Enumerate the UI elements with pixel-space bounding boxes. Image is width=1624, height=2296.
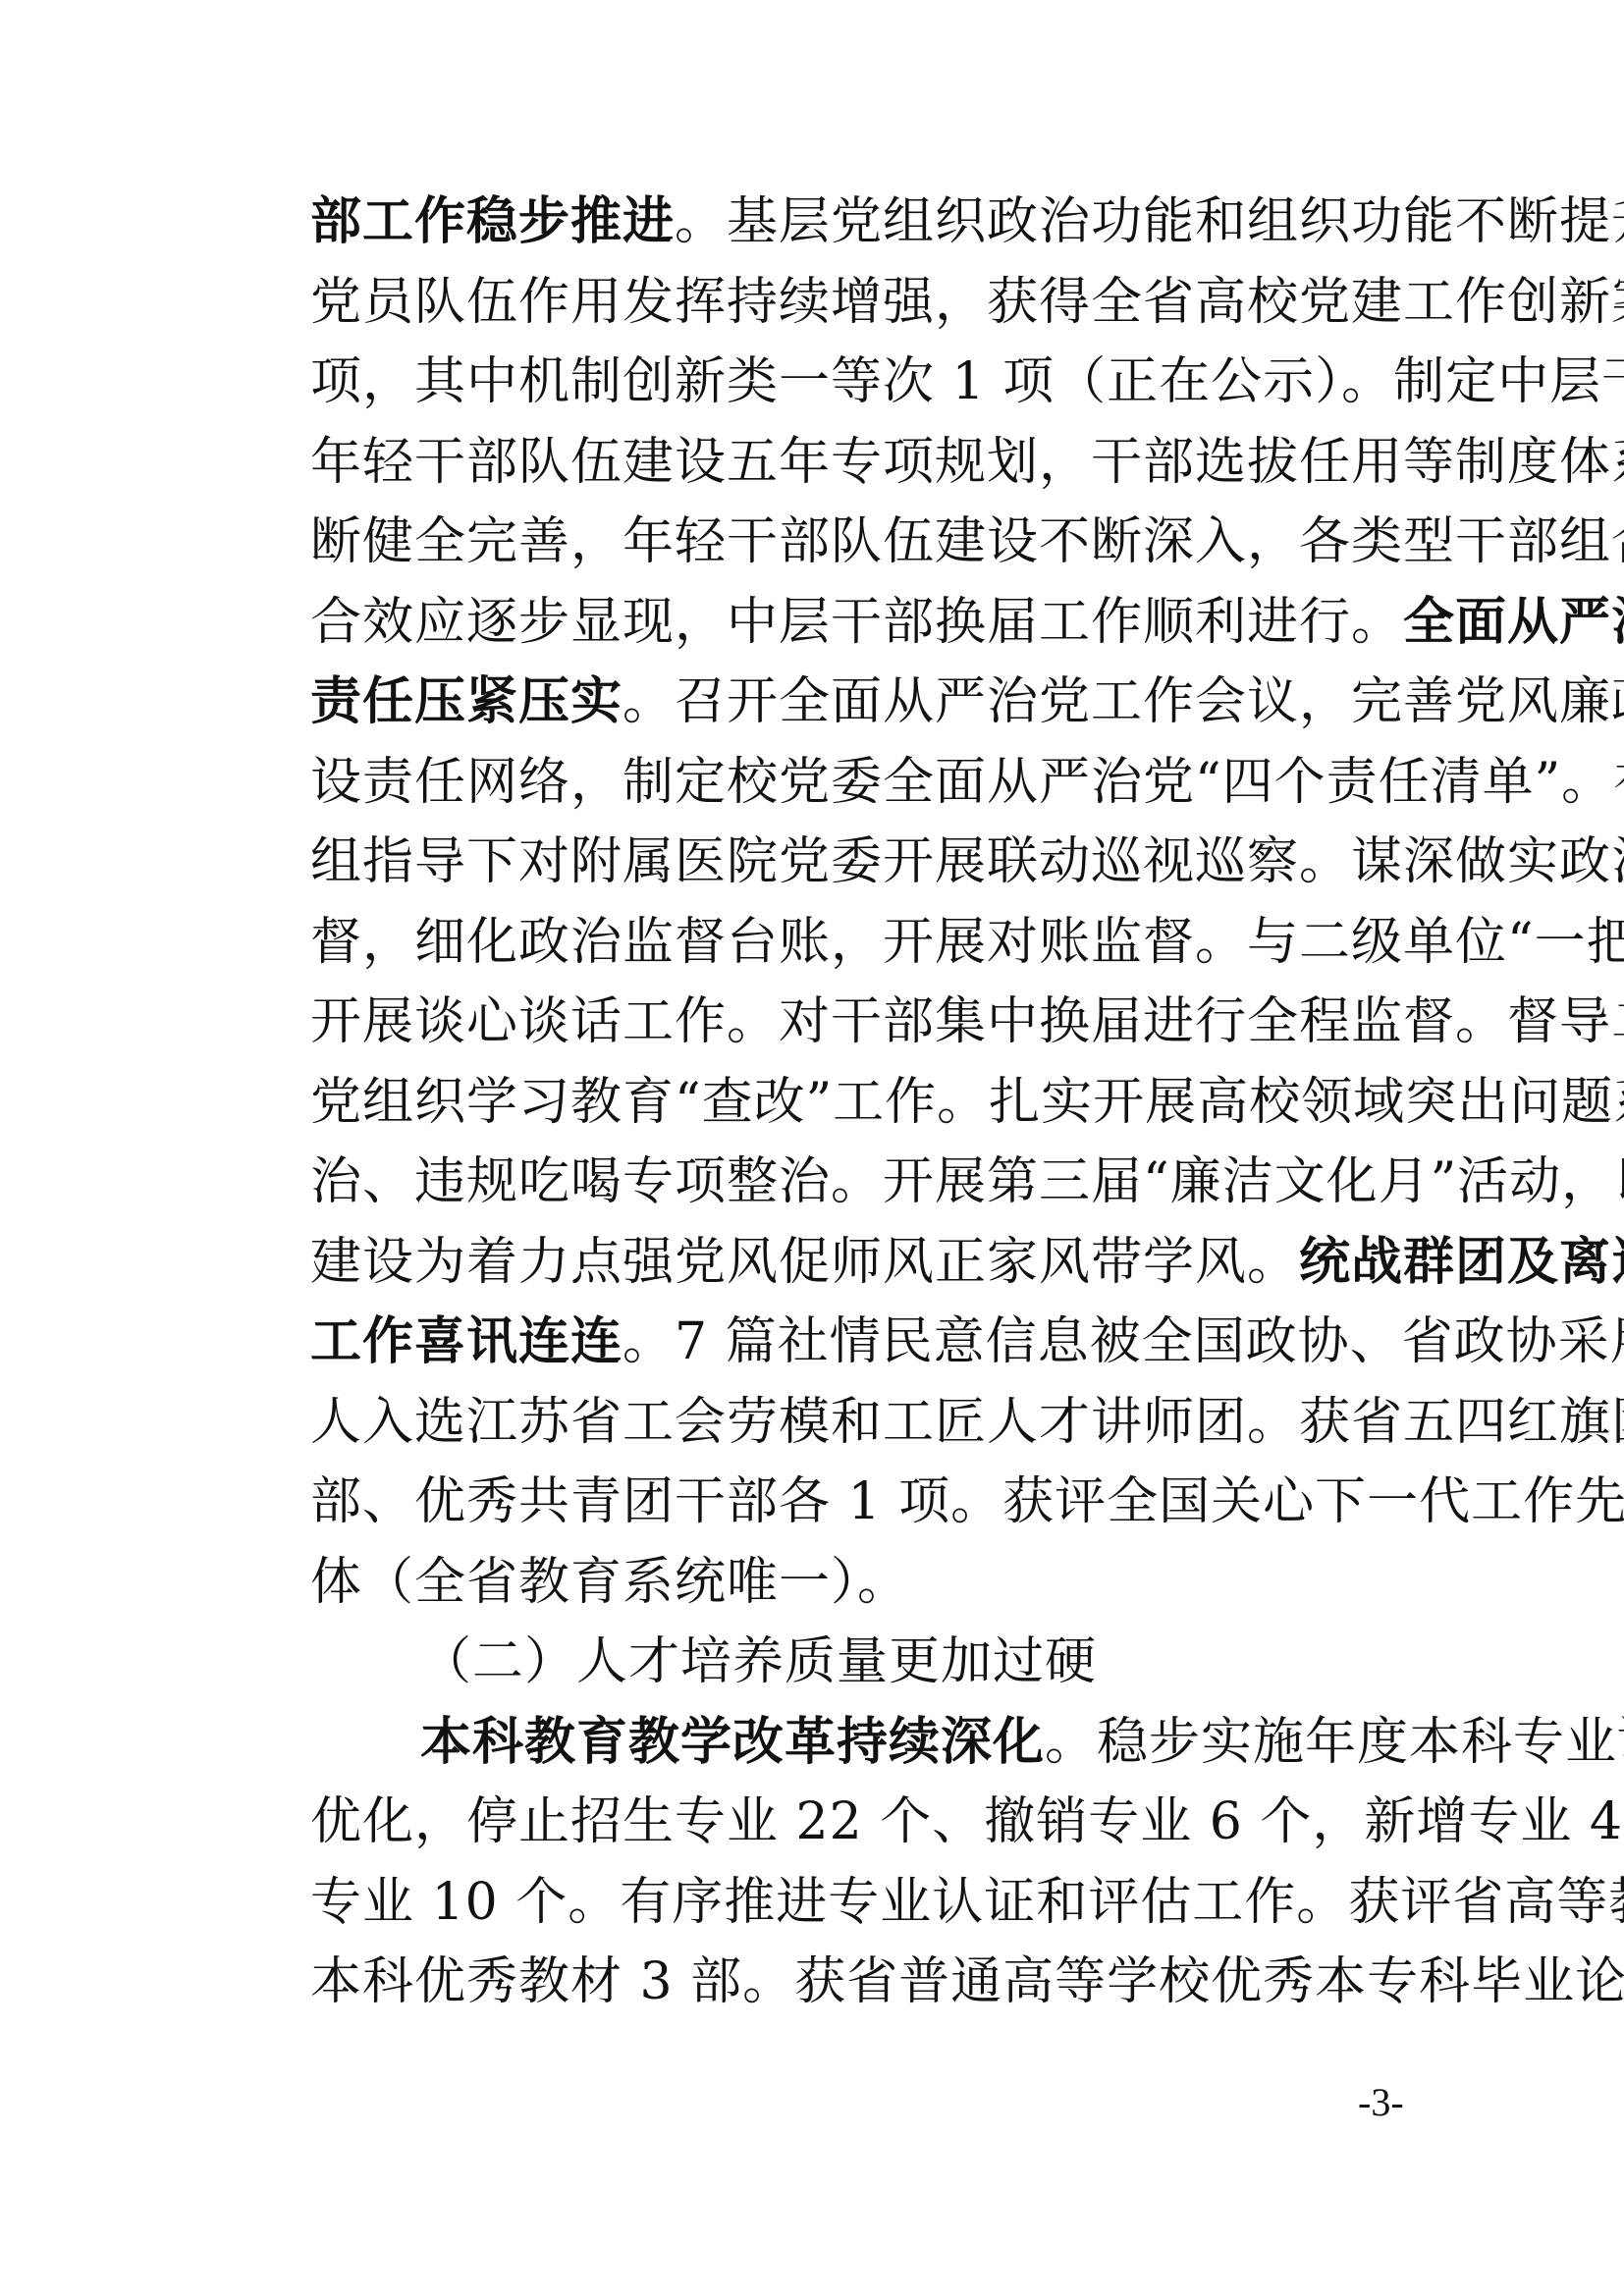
text-line: 本科优秀教材 3 部。获省普通高等学校优秀本专科毕业论文（设 — [310, 1951, 1430, 2032]
text-run: 党员队伍作用发挥持续增强，获得全省高校党建工作创新案例 4 — [310, 273, 1624, 332]
text-run: 设责任网络，制定校党委全面从严治党“四个责任清单”。在巡视 — [310, 753, 1624, 812]
text-line: 断健全完善，年轻干部队伍建设不断深入，各类型干部组合化 — [310, 511, 1430, 592]
section-heading: （二）人才培养质量更加过硬 — [310, 1631, 1430, 1712]
bold-lead-phrase: 工作喜讯连连 — [310, 1312, 623, 1371]
text-line: 督，细化政治监督台账，开展对账监督。与二级单位“一把手” — [310, 912, 1430, 992]
text-line: 治、违规吃喝专项整治。开展第三届“廉洁文化月”活动，以作风 — [310, 1151, 1430, 1232]
text-run: 。基层党组织政治功能和组织功能不断提升， — [675, 192, 1624, 251]
text-run: 部、优秀共青团干部各 1 项。获评全国关心下一代工作先进集 — [310, 1472, 1624, 1531]
text-run: 优化，停止招生专业 22 个、撤销专业 6 个，新增专业 4 个、微 — [310, 1792, 1624, 1851]
bold-lead-phrase: 责任压紧压实 — [310, 672, 623, 731]
text-run: 。召开全面从严治党工作会议，完善党风廉政建 — [623, 672, 1624, 731]
text-run: 合效应逐步显现，中层干部换届工作顺利进行。 — [310, 593, 1403, 652]
text-run: 年轻干部队伍建设五年专项规划，干部选拔任用等制度体系不 — [310, 433, 1624, 492]
text-line: 建设为着力点强党风促师风正家风带学风。统战群团及离退休 — [310, 1232, 1430, 1312]
text-line: 工作喜讯连连。7 篇社情民意信息被全国政协、省政协采用。1 — [310, 1311, 1430, 1392]
text-line: 人入选江苏省工会劳模和工匠人才讲师团。获省五四红旗团支 — [310, 1392, 1430, 1472]
text-run: 人入选江苏省工会劳模和工匠人才讲师团。获省五四红旗团支 — [310, 1393, 1624, 1452]
text-line: 部、优秀共青团干部各 1 项。获评全国关心下一代工作先进集 — [310, 1471, 1430, 1552]
text-run: 专业 10 个。有序推进专业认证和评估工作。获评省高等教育类 — [310, 1873, 1624, 1932]
text-run: 。7 篇社情民意信息被全国政协、省政协采用。1 — [623, 1312, 1624, 1371]
text-run: 党组织学习教育“查改”工作。扎实开展高校领域突出问题系统整 — [310, 1073, 1624, 1132]
text-run: 体（全省教育系统唯一）。 — [310, 1553, 909, 1612]
text-line: 责任压紧压实。召开全面从严治党工作会议，完善党风廉政建 — [310, 671, 1430, 752]
text-line: 开展谈心谈话工作。对干部集中换届进行全程监督。督导二级 — [310, 991, 1430, 1072]
text-line: 体（全省教育系统唯一）。 — [310, 1552, 1430, 1632]
text-run: 本科优秀教材 3 部。获省普通高等学校优秀本专科毕业论文（设 — [310, 1952, 1624, 2011]
text-run: 建设为着力点强党风促师风正家风带学风。 — [310, 1233, 1299, 1292]
bold-lead-phrase: 部工作稳步推进 — [310, 192, 675, 251]
text-line: 专业 10 个。有序推进专业认证和评估工作。获评省高等教育类 — [310, 1872, 1430, 1952]
text-line: 部工作稳步推进。基层党组织政治功能和组织功能不断提升， — [310, 191, 1430, 272]
text-run: （二）人才培养质量更加过硬 — [420, 1632, 1097, 1691]
bold-lead-phrase: 统战群团及离退休 — [1299, 1233, 1624, 1292]
text-line: 设责任网络，制定校党委全面从严治党“四个责任清单”。在巡视 — [310, 752, 1430, 832]
text-run: 督，细化政治监督台账，开展对账监督。与二级单位“一把手” — [310, 913, 1624, 972]
text-line: 项，其中机制创新类一等次 1 项（正在公示）。制定中层干部和 — [310, 351, 1430, 432]
bold-lead-phrase: 本科教育教学改革持续深化 — [420, 1713, 1045, 1772]
document-body: 部工作稳步推进。基层党组织政治功能和组织功能不断提升，党员队伍作用发挥持续增强，… — [310, 191, 1430, 2032]
text-run: 断健全完善，年轻干部队伍建设不断深入，各类型干部组合化 — [310, 512, 1624, 571]
text-line: 年轻干部队伍建设五年专项规划，干部选拔任用等制度体系不 — [310, 432, 1430, 512]
text-line: 合效应逐步显现，中层干部换届工作顺利进行。全面从严治党 — [310, 592, 1430, 672]
text-run: 治、违规吃喝专项整治。开展第三届“廉洁文化月”活动，以作风 — [310, 1152, 1624, 1211]
text-line: 党组织学习教育“查改”工作。扎实开展高校领域突出问题系统整 — [310, 1072, 1430, 1152]
text-line: 优化，停止招生专业 22 个、撤销专业 6 个，新增专业 4 个、微 — [310, 1791, 1430, 1872]
bold-lead-phrase: 全面从严治党 — [1403, 593, 1624, 652]
text-line: 党员队伍作用发挥持续增强，获得全省高校党建工作创新案例 4 — [310, 272, 1430, 352]
text-run: 组指导下对附属医院党委开展联动巡视巡察。谋深做实政治监 — [310, 832, 1624, 891]
page-number: -3- — [1358, 2079, 1404, 2125]
text-line: 本科教育教学改革持续深化。稳步实施年度本科专业调整 — [310, 1712, 1430, 1792]
text-run: 项，其中机制创新类一等次 1 项（正在公示）。制定中层干部和 — [310, 352, 1624, 411]
text-line: 组指导下对附属医院党委开展联动巡视巡察。谋深做实政治监 — [310, 831, 1430, 912]
text-run: 。稳步实施年度本科专业调整 — [1045, 1713, 1624, 1772]
text-run: 开展谈心谈话工作。对干部集中换届进行全程监督。督导二级 — [310, 992, 1624, 1051]
